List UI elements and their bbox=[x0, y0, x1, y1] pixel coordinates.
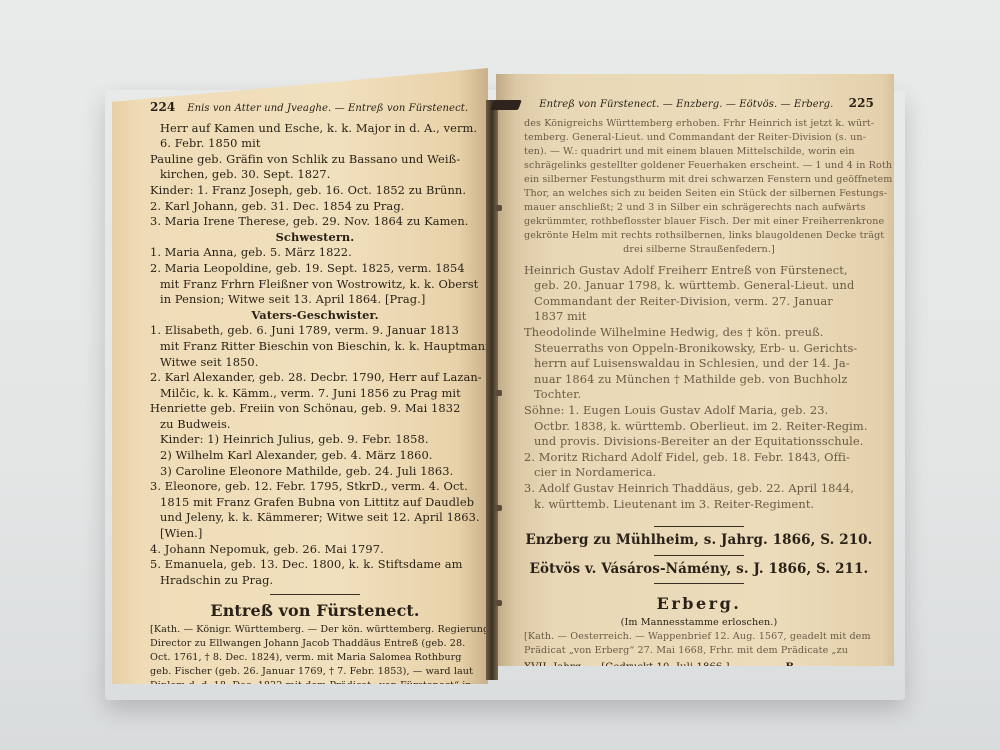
text-line: Prädicat „von Erberg“ 27. Mai 1668, Frhr… bbox=[524, 644, 874, 658]
spine-headband bbox=[490, 100, 522, 110]
text-line: schrägelinks gestellter goldener Feuerha… bbox=[524, 159, 874, 173]
text-line: Oct. 1761, † 8. Dec. 1824), verm. mit Ma… bbox=[150, 651, 480, 665]
binding-stitch bbox=[495, 600, 502, 606]
text-line: 2. Maria Leopoldine, geb. 19. Sept. 1825… bbox=[150, 261, 480, 277]
text-line: Kinder: 1. Franz Joseph, geb. 16. Oct. 1… bbox=[150, 183, 480, 199]
right-page-text: Entreß von Fürstenect. — Enzberg. — Eötv… bbox=[524, 96, 874, 666]
text-line: mit Franz Frhrn Fleißner von Wostrowitz,… bbox=[150, 277, 480, 293]
section-heading: Vaters-Geschwister. bbox=[150, 308, 480, 324]
text-line: kirchen, geb. 30. Sept. 1827. bbox=[150, 167, 480, 183]
text-line: und provis. Divisions-Bereiter an der Eq… bbox=[524, 434, 874, 450]
text-line: 1. Maria Anna, geb. 5. März 1822. bbox=[150, 245, 480, 261]
text-line: cier in Nordamerica. bbox=[524, 465, 874, 481]
text-line: 2. Karl Alexander, geb. 28. Decbr. 1790,… bbox=[150, 370, 480, 386]
text-line: mit Franz Ritter Bieschin von Bieschin, … bbox=[150, 339, 480, 355]
page-footer: XVII. Jahrg. — [Gedruckt 10. Juli 1866.]… bbox=[524, 660, 874, 666]
text-line: 2) Wilhelm Karl Alexander, geb. 4. März … bbox=[150, 448, 480, 464]
text-line: Söhne: 1. Eugen Louis Gustav Adolf Maria… bbox=[524, 403, 874, 419]
text-line: 1837 mit bbox=[524, 309, 874, 325]
text-line: Theodolinde Wilhelmine Hedwig, des † kön… bbox=[524, 325, 874, 341]
text-line: mauer anschließt; 2 und 3 in Silber ein … bbox=[524, 201, 874, 215]
text-line: Pauline geb. Gräfin von Schlik zu Bassan… bbox=[150, 152, 480, 168]
divider bbox=[654, 526, 744, 527]
text-line: 2. Karl Johann, geb. 31. Dec. 1854 zu Pr… bbox=[150, 199, 480, 215]
text-line: Tochter. bbox=[524, 387, 874, 403]
binding-stitch bbox=[495, 390, 502, 396]
text-line: Herr auf Kamen und Esche, k. k. Major in… bbox=[150, 121, 480, 137]
signature-mark: B bbox=[785, 660, 794, 666]
text-line: 2. Moritz Richard Adolf Fidel, geb. 18. … bbox=[524, 450, 874, 466]
text-line: ein silberner Festungsthurm mit drei sch… bbox=[524, 173, 874, 187]
running-head: Entreß von Fürstenect. — Enzberg. — Eötv… bbox=[524, 97, 849, 113]
text-line: 6. Febr. 1850 mit bbox=[150, 136, 480, 152]
left-page: 224 Enis von Atter und Jveaghe. — Entreß… bbox=[112, 68, 488, 684]
text-line: 1. Elisabeth, geb. 6. Juni 1789, verm. 9… bbox=[150, 323, 480, 339]
page-number: 224 bbox=[150, 100, 175, 116]
text-line: Witwe seit 1850. bbox=[150, 355, 480, 371]
text-line: 3. Adolf Gustav Heinrich Thaddäus, geb. … bbox=[524, 481, 874, 497]
text-line: temberg. General-Lieut. und Commandant d… bbox=[524, 131, 874, 145]
text-line: gekrümmter, rothbeflosster blauer Fisch.… bbox=[524, 215, 874, 229]
text-line: drei silberne Straußenfedern.] bbox=[524, 243, 874, 257]
cross-reference: Eötvös v. Vásáros-Námény, s. J. 1866, S.… bbox=[524, 562, 874, 578]
text-line: gekrönte Helm mit rechts rothsilbernen, … bbox=[524, 229, 874, 243]
text-line: geb. 20. Januar 1798, k. württemb. Gener… bbox=[524, 278, 874, 294]
text-line: herrn auf Luisenswaldau in Schlesien, un… bbox=[524, 356, 874, 372]
divider bbox=[654, 583, 744, 584]
text-line: [Kath. — Königr. Württemberg. — Der kön.… bbox=[150, 623, 480, 637]
text-line: 3. Eleonore, geb. 12. Febr. 1795, StkrD.… bbox=[150, 479, 480, 495]
right-page-header: Entreß von Fürstenect. — Enzberg. — Eötv… bbox=[524, 96, 874, 113]
text-line: Henriette geb. Freiin von Schönau, geb. … bbox=[150, 401, 480, 417]
text-line: ten). — W.: quadrirt und mit einem blaue… bbox=[524, 145, 874, 159]
section-heading: Schwestern. bbox=[150, 230, 480, 246]
running-head: Enis von Atter und Jveaghe. — Entreß von… bbox=[175, 101, 480, 117]
text-line: 3. Maria Irene Therese, geb. 29. Nov. 18… bbox=[150, 214, 480, 230]
section-title: Entreß von Fürstenect. bbox=[150, 603, 480, 619]
left-page-header: 224 Enis von Atter und Jveaghe. — Entreß… bbox=[150, 100, 480, 117]
text-line: Commandant der Reiter-Division, verm. 27… bbox=[524, 294, 874, 310]
text-line: Milčic, k. k. Kämm., verm. 7. Juni 1856 … bbox=[150, 386, 480, 402]
text-line: nuar 1864 zu München † Mathilde geb. von… bbox=[524, 372, 874, 388]
text-line: Diplom d. d. 18. Dec. 1822 mit dem Prädi… bbox=[150, 679, 480, 684]
text-line: Heinrich Gustav Adolf Freiherr Entreß vo… bbox=[524, 263, 874, 279]
text-line: Hradschin zu Prag. bbox=[150, 573, 480, 589]
left-page-text: 224 Enis von Atter und Jveaghe. — Entreß… bbox=[150, 100, 480, 684]
section-title: Erberg. bbox=[524, 596, 874, 612]
text-line: in Pension; Witwe seit 13. April 1864. [… bbox=[150, 292, 480, 308]
text-line: des Königreichs Württemberg erhoben. Frh… bbox=[524, 117, 874, 131]
text-line: Director zu Ellwangen Johann Jacob Thadd… bbox=[150, 637, 480, 651]
footer-imprint: XVII. Jahrg. — [Gedruckt 10. Juli 1866.] bbox=[524, 660, 730, 666]
text-line: geb. Fischer (geb. 26. Januar 1769, † 7.… bbox=[150, 665, 480, 679]
divider bbox=[270, 594, 360, 595]
page-number: 225 bbox=[849, 96, 874, 112]
binding-stitch bbox=[495, 205, 502, 211]
cross-reference: Enzberg zu Mühlheim, s. Jahrg. 1866, S. … bbox=[524, 533, 874, 549]
text-line: [Wien.] bbox=[150, 526, 480, 542]
text-line: k. württemb. Lieutenant im 3. Reiter-Reg… bbox=[524, 497, 874, 513]
right-page: Entreß von Fürstenect. — Enzberg. — Eötv… bbox=[496, 74, 894, 666]
text-line: Kinder: 1) Heinrich Julius, geb. 9. Febr… bbox=[150, 432, 480, 448]
text-line: und Jeleny, k. k. Kämmerer; Witwe seit 1… bbox=[150, 510, 480, 526]
binding-stitch bbox=[495, 505, 502, 511]
text-line: 5. Emanuela, geb. 13. Dec. 1800, k. k. S… bbox=[150, 557, 480, 573]
divider bbox=[654, 555, 744, 556]
section-subtitle: (Im Mannesstamme erloschen.) bbox=[524, 616, 874, 630]
text-line: [Kath. — Oesterreich. — Wappenbrief 12. … bbox=[524, 630, 874, 644]
text-line: 4. Johann Nepomuk, geb. 26. Mai 1797. bbox=[150, 542, 480, 558]
text-line: Thor, an welches sich zu beiden Seiten e… bbox=[524, 187, 874, 201]
text-line: Octbr. 1838, k. württemb. Oberlieut. im … bbox=[524, 419, 874, 435]
text-line: 1815 mit Franz Grafen Bubna von Littitz … bbox=[150, 495, 480, 511]
text-line: 3) Caroline Eleonore Mathilde, geb. 24. … bbox=[150, 464, 480, 480]
text-line: Steuerraths von Oppeln-Bronikowsky, Erb-… bbox=[524, 341, 874, 357]
text-line: zu Budweis. bbox=[150, 417, 480, 433]
